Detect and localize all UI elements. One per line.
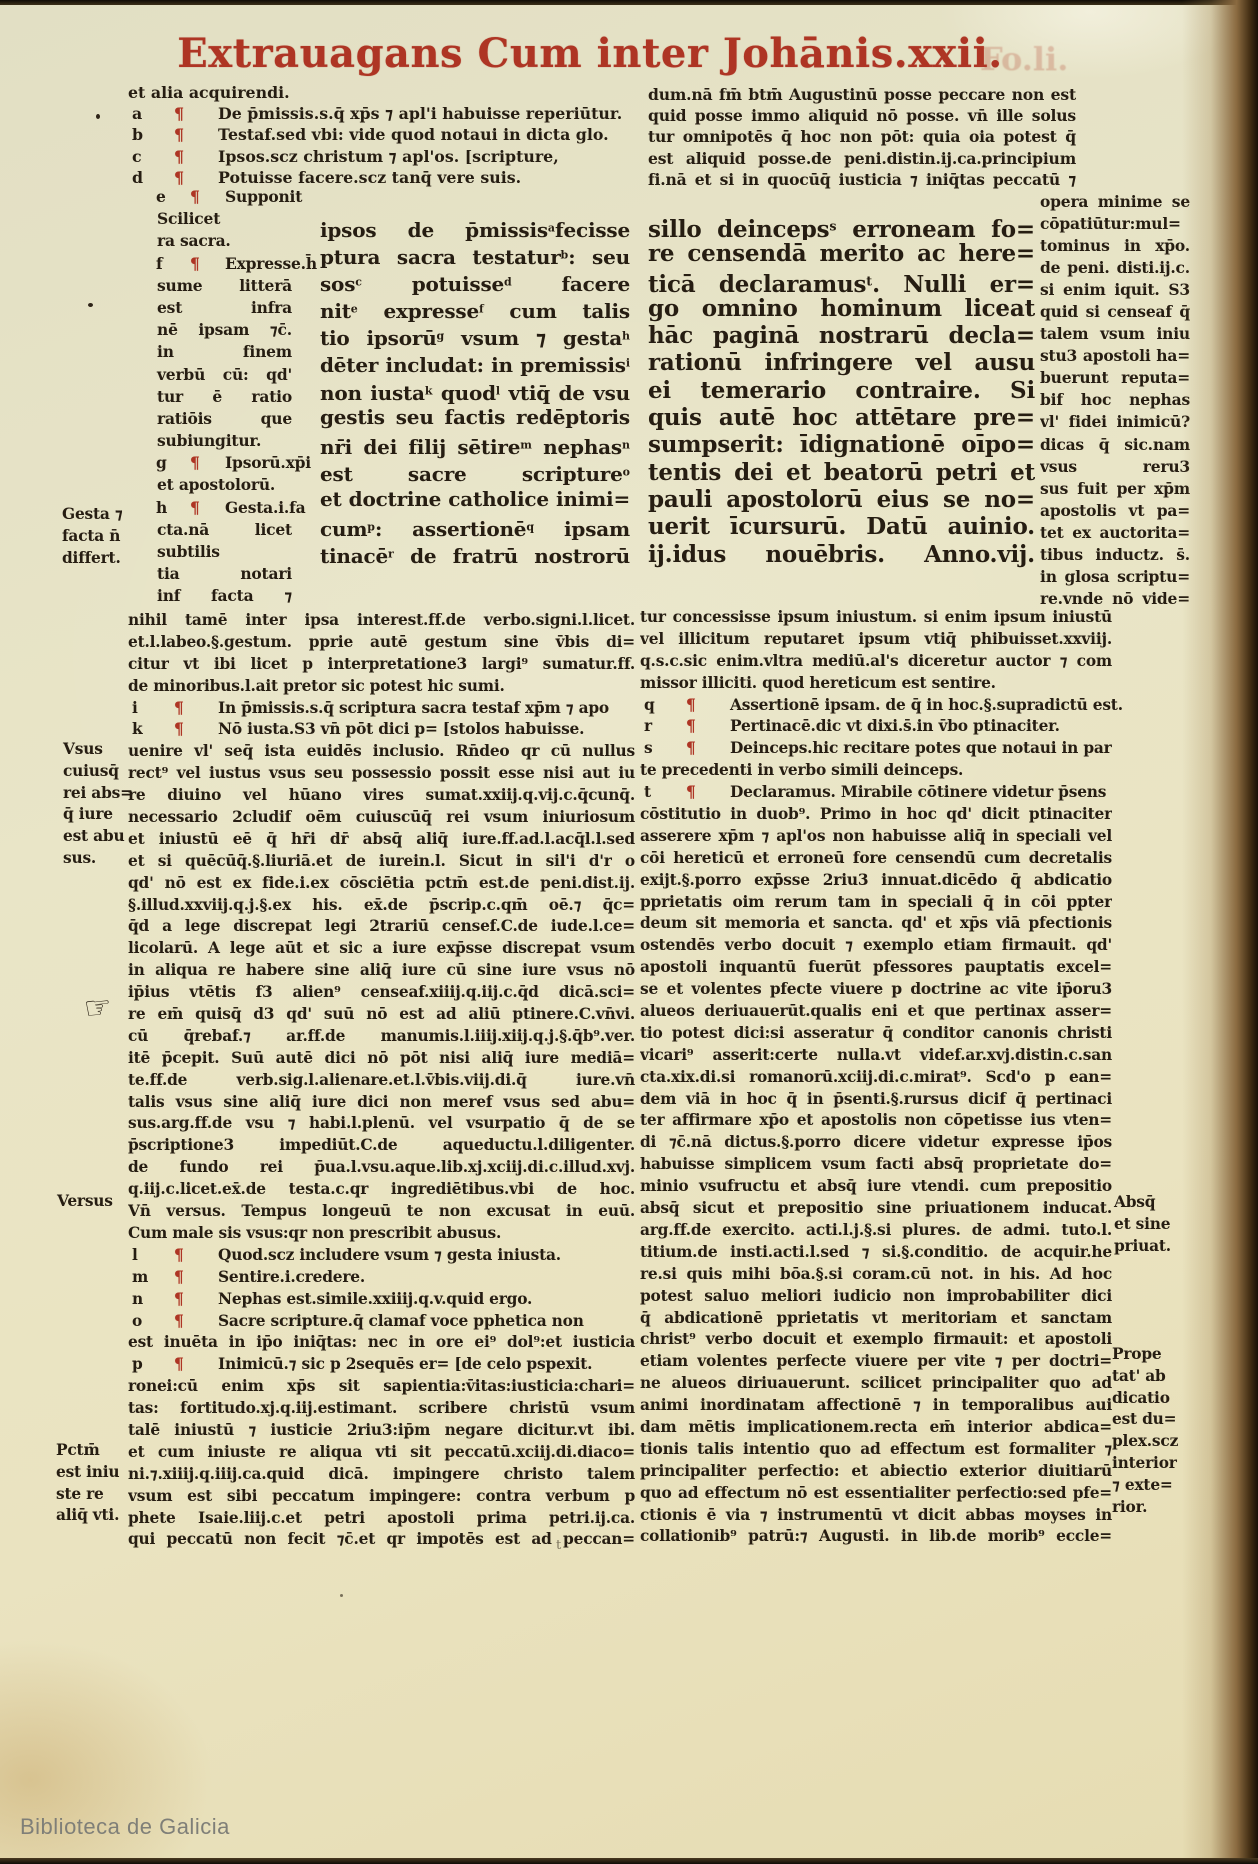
text-line: ra sacra. bbox=[140, 230, 292, 252]
text-line: tinacēr de fratrū nostrorū cō bbox=[320, 540, 630, 567]
text-line: Absq̄ bbox=[1114, 1192, 1171, 1214]
text-line: dēter includat: in premissisi bbox=[320, 350, 630, 377]
pilcrow-icon: ¶ bbox=[174, 1311, 218, 1333]
line-text: sillo deincepss erroneam fo= bbox=[648, 216, 1035, 240]
line-text: potest saluo meliori iudicio non improba… bbox=[640, 1287, 1112, 1305]
line-text: nr̄i dei filij sētirem nephasn bbox=[320, 435, 630, 459]
text-line: t¶Declaramus. Mirabile cōtinere videtur … bbox=[640, 782, 1112, 804]
line-text: p̄scriptione3 impediūt.C.de aqueductu.l.… bbox=[128, 1136, 635, 1154]
text-line: ptura sacra testaturb: seu ip= bbox=[320, 241, 630, 268]
text-line: est sacre scriptureo cōtrariū: bbox=[320, 459, 630, 486]
text-line: deum sit memoria et sancta. qd' et xp̄s … bbox=[640, 913, 1112, 935]
line-text: buerunt reputa= bbox=[1040, 368, 1190, 387]
line-text: sus. bbox=[63, 849, 96, 867]
line-text: citur vt ibi licet p interpretatione3 la… bbox=[128, 655, 635, 673]
line-text: bif hoc nephas bbox=[1040, 390, 1190, 409]
line-text: qd' nō est ex fide.i.ex cōsciētia pctm̄ … bbox=[128, 874, 635, 892]
pilcrow-icon: ¶ bbox=[174, 167, 218, 188]
ink-speck bbox=[88, 303, 93, 307]
pilcrow-icon: ¶ bbox=[190, 452, 225, 474]
text-line: tur omnipotēs q̄ hoc non pōt: quia oia p… bbox=[648, 126, 1076, 147]
text-line: go omnino hominum liceat bbox=[648, 295, 1035, 322]
line-text: cū q̄rebaf.⁊ ar.ff.de manumis.l.iiij.xii… bbox=[128, 1027, 635, 1045]
line-text: §.illud.xxviij.q.j.§.ex his. ex̄.de p̄sc… bbox=[128, 896, 635, 914]
text-line: est du= bbox=[1112, 1409, 1178, 1431]
line-text: te.ff.de verb.sig.l.alienare.et.l.v̄bis.… bbox=[128, 1071, 635, 1089]
text-line: aliq̄ vti. bbox=[56, 1505, 119, 1527]
line-text: vsum est sibi peccatum impingere: contra… bbox=[128, 1487, 635, 1505]
text-line: quo ad effectum nō est essentialiter per… bbox=[640, 1483, 1112, 1505]
line-text: re diuino vel hūano vires sumat.xxiij.q.… bbox=[128, 786, 635, 804]
line-text: quo ad effectum nō est essentialiter per… bbox=[640, 1484, 1112, 1502]
text-line: vsus reru3 cōces= bbox=[1040, 456, 1190, 478]
text-line: et si quēcūq̄.§.liuriā.et de iurein.l. S… bbox=[128, 851, 635, 873]
text-line: non iustak quodl vtiq̄ de vsu bbox=[320, 377, 630, 404]
line-text: christ⁹ verbo docuit et exemplo firmauit… bbox=[640, 1330, 1112, 1348]
left-gloss-column: e¶SupponitScilicet scriptu=ra sacra.f¶Ex… bbox=[140, 186, 292, 608]
text-line: est abu bbox=[63, 826, 133, 848]
line-text: sus.arg.ff.de vsu ⁊ habi.l.plenū. vel vs… bbox=[128, 1114, 635, 1132]
line-text: ste re bbox=[56, 1485, 104, 1503]
gloss-letter: n bbox=[128, 1289, 174, 1311]
line-text: opera minime se bbox=[1040, 192, 1190, 211]
line-text: est infra assertio bbox=[157, 298, 292, 319]
pilcrow-icon: ¶ bbox=[686, 782, 730, 804]
text-line: b¶Testaf.sed vbi: vide quod notaui in di… bbox=[128, 124, 620, 145]
text-line: s¶Deinceps.hic recitare potes que notaui… bbox=[640, 738, 1112, 760]
text-line: citur vt ibi licet p interpretatione3 la… bbox=[128, 654, 635, 676]
line-text: cōstitutio in duob⁹. Primo in hoc qd' di… bbox=[640, 805, 1112, 823]
line-text: Ipsorū.xp̄i bbox=[225, 453, 311, 472]
text-line: dam mētis implicationem.recta em̄ interi… bbox=[640, 1417, 1112, 1439]
line-text: q.s.c.sic enim.vltra mediū.al's diceretu… bbox=[640, 652, 1112, 670]
text-line: ratiōis que infra bbox=[140, 408, 292, 430]
line-text: te precedenti in verbo simili deinceps. bbox=[640, 761, 963, 779]
line-text: di ⁊c̄.nā dictus.§.porro dicere videtur … bbox=[640, 1133, 1112, 1151]
line-text: hāc paginā nostrarū decla= bbox=[648, 322, 1035, 349]
text-line: de peni. disti.ij.c. bbox=[1040, 257, 1190, 279]
pilcrow-icon: ¶ bbox=[174, 719, 218, 741]
line-text: Absq̄ bbox=[1114, 1193, 1155, 1211]
line-text: non iustak quodl vtiq̄ de vsu bbox=[320, 381, 630, 405]
line-text: subiungitur. bbox=[157, 431, 261, 450]
text-line: se et volentes pfecte viuere p doctrine … bbox=[640, 979, 1112, 1001]
text-line: habuisse simplicem vsum facti absq̄ prop… bbox=[640, 1154, 1112, 1176]
text-line: r¶Pertinacē.dic vt dixi.s̄.in v̄bo ptina… bbox=[640, 716, 1112, 738]
text-line: dicas q̄ sic.nam bbox=[1040, 434, 1190, 456]
line-text: asserere xp̄m ⁊ apl'os non habuisse aliq… bbox=[640, 827, 1112, 845]
text-line: buerunt reputa= bbox=[1040, 367, 1190, 389]
gloss-letter: e bbox=[140, 186, 190, 208]
main-text-right-column: sillo deincepss erroneam fo=re censendā … bbox=[648, 213, 1035, 568]
text-line: collationib⁹ patrū:⁊ Augusti. in lib.de … bbox=[640, 1526, 1112, 1548]
line-text: collationib⁹ patrū:⁊ Augusti. in lib.de … bbox=[640, 1527, 1112, 1545]
text-line: nihil tamē inter ipsa interest.ff.de ver… bbox=[128, 610, 635, 632]
line-text: Scilicet scriptu= bbox=[157, 209, 230, 230]
gloss-letter: h bbox=[140, 497, 190, 519]
commentary-right-column: tur concessisse ipsum iniustum. si enim … bbox=[640, 607, 1112, 1548]
line-text: Vn̄ versus. Tempus longeuū te non excusa… bbox=[128, 1202, 635, 1220]
pilcrow-icon: ¶ bbox=[174, 1245, 218, 1267]
gloss-letter: s bbox=[640, 738, 686, 760]
text-line: ostendēs verbo docuit ⁊ exemplo etiam fi… bbox=[640, 935, 1112, 957]
line-text: apostolis vt pa= bbox=[1040, 501, 1190, 520]
text-line: exijt.§.porro exp̄sse 2riu3 innuat.dicēd… bbox=[640, 870, 1112, 892]
line-text: principaliter perfectio: et abiectio ext… bbox=[640, 1462, 1112, 1480]
line-text: sumpserit: īdignationē oīpo= bbox=[648, 431, 1035, 458]
line-text: uerit īcursurū. Datū auinio. bbox=[648, 513, 1035, 540]
line-text: rior. bbox=[1112, 1498, 1147, 1516]
line-text: rei abs= bbox=[63, 784, 133, 802]
text-line: rior. bbox=[1112, 1497, 1178, 1519]
line-text: est du= bbox=[1112, 1410, 1176, 1428]
pilcrow-icon: ¶ bbox=[190, 497, 225, 519]
text-line: itē p̄cepit. Suū autē dici nō pōt nisi a… bbox=[128, 1048, 635, 1070]
line-text: phete Isaie.liij.c.et petri apostoli pri… bbox=[128, 1509, 635, 1527]
text-line: subiungitur. bbox=[140, 430, 292, 452]
text-line: opera minime se bbox=[1040, 191, 1190, 213]
line-text: Pertinacē.dic vt dixi.s̄.in v̄bo ptinaci… bbox=[730, 717, 1060, 735]
text-line: te.ff.de verb.sig.l.alienare.et.l.v̄bis.… bbox=[128, 1070, 635, 1092]
text-line: cta.nā licet q̄da3 bbox=[140, 519, 292, 541]
line-text: tat' ab bbox=[1112, 1367, 1166, 1385]
line-text: et apostolorū. bbox=[157, 475, 275, 494]
line-text: plex.scz bbox=[1112, 1432, 1178, 1450]
gloss-letter: m bbox=[128, 1267, 174, 1289]
pilcrow-icon: ¶ bbox=[174, 1354, 218, 1376]
gloss-letter: r bbox=[640, 716, 686, 738]
text-line: et sine bbox=[1114, 1214, 1171, 1236]
line-text: Supponit bbox=[225, 187, 302, 206]
pilcrow-icon: ¶ bbox=[174, 124, 218, 145]
text-line: tas: fortitudo.xj.q.iij.estimant. scribe… bbox=[128, 1398, 635, 1420]
line-text: alueos deriuauerūt.qualis eni et que per… bbox=[640, 1002, 1112, 1020]
line-text: dēter includat: in premissisi bbox=[320, 353, 630, 377]
pilcrow-icon: ¶ bbox=[174, 103, 218, 124]
line-text: Gesta.i.fa bbox=[225, 498, 305, 517]
text-line: apostoli inquantū fuerūt pfessores paupt… bbox=[640, 957, 1112, 979]
line-text: ter affirmare xp̄o et apostolis non cōpe… bbox=[640, 1111, 1112, 1129]
text-line: principaliter perfectio: et abiectio ext… bbox=[640, 1461, 1112, 1483]
margin-note-absque: Absq̄et sinepriuat. bbox=[1114, 1192, 1171, 1257]
text-line: cta.xix.di.si romanorū.xciij.di.c.mirat⁹… bbox=[640, 1067, 1112, 1089]
text-line: Cum male sis vsus:qr non prescribit abus… bbox=[128, 1223, 635, 1245]
line-text: quis autē hoc attētare pre= bbox=[648, 404, 1035, 431]
text-line: p¶Inimicū.⁊ sic p 2sequēs er= [de celo p… bbox=[128, 1354, 635, 1376]
ink-speck bbox=[96, 114, 100, 119]
text-line: asserere xp̄m ⁊ apl'os non habuisse aliq… bbox=[640, 826, 1112, 848]
line-text: q̄ abdicationē pprietatis vt meritoriam … bbox=[640, 1309, 1112, 1327]
line-text: Vsus bbox=[63, 740, 103, 758]
text-line: tentis dei et beatorū petri et bbox=[648, 459, 1035, 486]
text-line: quis autē hoc attētare pre= bbox=[648, 404, 1035, 431]
text-line: vicari⁹ asserit:certe nulla.vt videf.ar.… bbox=[640, 1045, 1112, 1067]
text-line: q̄ iure bbox=[63, 804, 133, 826]
text-line: ei temerario contraire. Si bbox=[648, 377, 1035, 404]
line-text: ipsos de p̄missisafecisse scri= bbox=[320, 218, 630, 242]
text-line: bif hoc nephas bbox=[1040, 389, 1190, 411]
line-text: nihil tamē inter ipsa interest.ff.de ver… bbox=[128, 611, 635, 629]
text-line: h¶Gesta.i.fa bbox=[140, 497, 292, 519]
line-text: et iniustū eē q̄ hr̄i dr̄ absq̄ aliq̄ iu… bbox=[128, 830, 635, 848]
text-line: rect⁹ vel iustus vsus seu possessio poss… bbox=[128, 763, 635, 785]
text-line: et iniustū eē q̄ hr̄i dr̄ absq̄ aliq̄ iu… bbox=[128, 829, 635, 851]
folio-ghost: Fo.li. bbox=[980, 40, 1068, 78]
text-line: cōpatiūtur:mul= bbox=[1040, 213, 1190, 235]
line-text: ne alueos diriuauerunt. scilicet princip… bbox=[640, 1374, 1112, 1392]
line-text: ronei:cū enim xp̄s sit sapientia:v̄itas:… bbox=[128, 1377, 635, 1395]
line-text: Deinceps.hic recitare potes que notaui i… bbox=[730, 739, 1112, 757]
line-text: Inimicū.⁊ sic p 2sequēs er= [de celo psp… bbox=[218, 1355, 592, 1373]
line-text: inf facta ⁊ gesta. bbox=[157, 586, 292, 607]
text-line: dum.nā fm̄ btm̄ Augustinū posse peccare … bbox=[648, 84, 1076, 105]
text-line: q̄ abdicationē pprietatis vt meritoriam … bbox=[640, 1308, 1112, 1330]
text-line: cū q̄rebaf.⁊ ar.ff.de manumis.l.iiij.xii… bbox=[128, 1026, 635, 1048]
line-text: quid posse immo aliquid nō posse. vn̄ il… bbox=[648, 106, 1076, 126]
text-line: Prope bbox=[1112, 1344, 1178, 1366]
ink-speck bbox=[340, 1594, 343, 1597]
text-line: sillo deincepss erroneam fo= bbox=[648, 213, 1035, 240]
text-line: in aliqua re habere sine aliq̄ iure cū s… bbox=[128, 960, 635, 982]
text-line: hāc paginā nostrarū decla= bbox=[648, 322, 1035, 349]
line-text: Declaramus. Mirabile cōtinere videtur p̄… bbox=[730, 783, 1106, 801]
text-line: k¶Nō iusta.S3 vn̄ pōt dici p= [stolos ha… bbox=[128, 719, 635, 741]
line-text: est abu bbox=[63, 827, 124, 845]
line-text: tentis dei et beatorū petri et bbox=[648, 459, 1035, 486]
pilcrow-icon: ¶ bbox=[174, 698, 218, 720]
line-text: sus fuit per xp̄m bbox=[1040, 479, 1190, 498]
text-line: c¶Ipsos.scz christum ⁊ apl'os. [scriptur… bbox=[128, 146, 620, 167]
line-text: gestis seu factis redēptoris bbox=[320, 405, 630, 429]
line-text: est iniu bbox=[56, 1463, 119, 1481]
line-text: Nephas est.simile.xxiiij.q.v.quid ergo. bbox=[218, 1290, 532, 1308]
text-line: ronei:cū enim xp̄s sit sapientia:v̄itas:… bbox=[128, 1376, 635, 1398]
line-text: in glosa scriptu= bbox=[1040, 567, 1190, 586]
line-text: tominus in xp̄o. bbox=[1040, 236, 1190, 255]
text-line: re censendā merito ac here= bbox=[648, 240, 1035, 267]
line-text: est sacre scriptureo cōtrariū: bbox=[320, 462, 630, 486]
text-line: Pctm̄ bbox=[56, 1440, 119, 1462]
line-text: Ipsos.scz christum ⁊ apl'os. [scripture, bbox=[218, 147, 559, 166]
line-text: et cum iniuste re aliqua vti sit peccatū… bbox=[128, 1443, 635, 1461]
pilcrow-icon: ¶ bbox=[686, 695, 730, 717]
text-line: minio vsufructu et absq̄ iure vtendi. cu… bbox=[640, 1176, 1112, 1198]
text-line: Vn̄ versus. Tempus longeuū te non excusa… bbox=[128, 1201, 635, 1223]
line-text: talis vsus sine aliq̄ iure dici non mere… bbox=[128, 1093, 635, 1111]
text-line: ne alueos diriuauerunt. scilicet princip… bbox=[640, 1373, 1112, 1395]
text-line: nite expressef cum talis asser= bbox=[320, 296, 630, 323]
text-line: a¶De p̄missis.s.q̄ xp̄s ⁊ apl'i habuisse… bbox=[128, 103, 620, 124]
line-text: tur concessisse ipsum iniustum. si enim … bbox=[640, 608, 1112, 626]
line-text: ratiōis que infra bbox=[157, 409, 292, 430]
line-text: go omnino hominum liceat bbox=[648, 295, 1035, 322]
line-text: fi.nā et si in quocūq̄ iusticia ⁊ iniq̄t… bbox=[648, 170, 1076, 190]
text-line: te precedenti in verbo simili deinceps. bbox=[640, 760, 1112, 782]
text-line: tio potest dici:si asseratur q̄ conditor… bbox=[640, 1023, 1112, 1045]
text-line: sosc potuissed facere suppo= bbox=[320, 268, 630, 295]
line-text: talem vsum iniu bbox=[1040, 324, 1190, 343]
text-line: Gesta ⁊ bbox=[62, 504, 123, 526]
line-text: sosc potuissed facere suppo= bbox=[320, 272, 630, 296]
line-text: cuiusq̄ bbox=[63, 762, 119, 780]
line-text: Sentire.i.credere. bbox=[218, 1268, 365, 1286]
line-text: vel illicitum reputaret ipsum vtiq̄ phib… bbox=[640, 630, 1112, 648]
top-right-text-block: dum.nā fm̄ btm̄ Augustinū posse peccare … bbox=[648, 84, 1076, 190]
line-text: ⁊ exte= bbox=[1112, 1476, 1173, 1494]
line-text: rationū infringere vel ausu bbox=[648, 349, 1035, 376]
text-line: qd' nō est ex fide.i.ex cōsciētia pctm̄ … bbox=[128, 873, 635, 895]
gloss-letter: o bbox=[128, 1311, 174, 1333]
line-text: Assertionē ipsam. de q̄ in hoc.§.supradi… bbox=[730, 696, 1123, 714]
pilcrow-icon: ¶ bbox=[190, 253, 225, 275]
line-text: q̄ iure bbox=[63, 805, 113, 823]
text-line: f¶Expresse.h̄ bbox=[140, 253, 292, 275]
line-text: itē p̄cepit. Suū autē dici nō pōt nisi a… bbox=[128, 1049, 635, 1067]
line-text: verbū cū: qd' seq̄= bbox=[157, 365, 292, 386]
text-line: sus fuit per xp̄m bbox=[1040, 478, 1190, 500]
line-text: priuat. bbox=[1114, 1237, 1171, 1255]
right-gloss-column: opera minime secōpatiūtur:mul=tominus in… bbox=[1040, 191, 1190, 610]
text-line: Versus bbox=[57, 1191, 113, 1213]
text-line: n¶Nephas est.simile.xxiiij.q.v.quid ergo… bbox=[128, 1289, 635, 1311]
text-line: arg.ff.de exercito. acti.l.j.§.si plures… bbox=[640, 1220, 1112, 1242]
text-line: cōi hereticū et erroneū fore censendū cu… bbox=[640, 848, 1112, 870]
text-line: alueos deriuauerūt.qualis eni et que per… bbox=[640, 1001, 1112, 1023]
line-text: cōpatiūtur:mul= bbox=[1040, 214, 1181, 233]
text-line: stu3 apostoli ha= bbox=[1040, 345, 1190, 367]
line-text: ctionis ē via ⁊ instrumentū vt dicit abb… bbox=[640, 1506, 1112, 1524]
line-text: ip̄ius vtētis f3 alien⁹ censeaf.xiiij.q.… bbox=[128, 983, 635, 1001]
line-text: minio vsufructu et absq̄ iure vtendi. cu… bbox=[640, 1177, 1112, 1195]
line-text: interior bbox=[1112, 1454, 1177, 1472]
line-text: exijt.§.porro exp̄sse 2riu3 innuat.dicēd… bbox=[640, 871, 1112, 889]
line-text: est aliquid posse.de peni.distin.ij.ca.p… bbox=[648, 149, 1076, 169]
line-text: aliq̄ vti. bbox=[56, 1506, 119, 1524]
text-line: ip̄ius vtētis f3 alien⁹ censeaf.xiiij.q.… bbox=[128, 982, 635, 1004]
line-text: habuisse simplicem vsum facti absq̄ prop… bbox=[640, 1155, 1112, 1173]
scan-edge-right bbox=[1182, 0, 1258, 1864]
text-line: dicatio bbox=[1112, 1388, 1178, 1410]
line-text: tur ē ratio decla bbox=[157, 387, 292, 408]
text-line: q.iij.c.licet.ex̄.de testa.c.qr ingrediē… bbox=[128, 1179, 635, 1201]
text-line: est aliquid posse.de peni.distin.ij.ca.p… bbox=[648, 148, 1076, 169]
text-line: rei abs= bbox=[63, 783, 133, 805]
line-text: et alia acquirendi. bbox=[128, 83, 290, 102]
line-text: vsus reru3 cōces= bbox=[1040, 457, 1190, 478]
text-line: §.illud.xxviij.q.j.§.ex his. ex̄.de p̄sc… bbox=[128, 895, 635, 917]
gloss-letter: b bbox=[128, 124, 174, 145]
line-text: Pctm̄ bbox=[56, 1441, 100, 1459]
line-text: ptura sacra testaturb: seu ip= bbox=[320, 245, 630, 269]
line-text: ij.idus nouēbris. Anno.vij. bbox=[648, 541, 1035, 568]
line-text: dam mētis implicationem.recta em̄ interi… bbox=[640, 1418, 1112, 1436]
text-line: licolarū. A lege aūt et sic a iure exp̄s… bbox=[128, 938, 635, 960]
text-line: vel illicitum reputaret ipsum vtiq̄ phib… bbox=[640, 629, 1112, 651]
line-text: re.vnde nō vide= bbox=[1040, 589, 1190, 608]
line-text: tio potest dici:si asseratur q̄ conditor… bbox=[640, 1024, 1112, 1042]
text-line: titium.de insti.acti.l.sed ⁊ si.§.condit… bbox=[640, 1242, 1112, 1264]
text-line: potest saluo meliori iudicio non improba… bbox=[640, 1286, 1112, 1308]
gloss-letter: l bbox=[128, 1245, 174, 1267]
scan-edge-bottom bbox=[0, 1858, 1258, 1864]
pilcrow-icon: ¶ bbox=[174, 1289, 218, 1311]
text-line: cump: assertionēq ipsam per= bbox=[320, 513, 630, 540]
line-text: licolarū. A lege aūt et sic a iure exp̄s… bbox=[128, 939, 635, 957]
text-line: et apostolorū. bbox=[140, 474, 292, 496]
line-text: quid si censeaf q̄ bbox=[1040, 302, 1190, 321]
line-text: re em̄ quisq̄ d3 qd' suū nō est ad aliū … bbox=[128, 1005, 635, 1023]
line-text: est inuēta in ip̄o iniq̄tas: nec in ore … bbox=[128, 1333, 635, 1351]
text-line: et doctrine catholice inimi= bbox=[320, 486, 630, 513]
text-line: Vsus bbox=[63, 739, 133, 761]
line-text: tio ipsorūg vsum ⁊ gestah eui= bbox=[320, 326, 630, 350]
text-line: uerit īcursurū. Datū auinio. bbox=[648, 513, 1035, 540]
line-text: tet ex auctorita= bbox=[1040, 523, 1190, 542]
text-line: et alia acquirendi. bbox=[128, 82, 620, 103]
top-left-gloss-block: et alia acquirendi.a¶De p̄missis.s.q̄ xp… bbox=[128, 82, 620, 188]
text-line: ⁊ exte= bbox=[1112, 1475, 1178, 1497]
line-text: tibus inductz. s̄. bbox=[1040, 545, 1190, 564]
margin-note-versus: Versus bbox=[57, 1191, 113, 1213]
pilcrow-icon: ¶ bbox=[190, 186, 225, 208]
text-line: rationū infringere vel ausu bbox=[648, 349, 1035, 376]
text-line: q¶Assertionē ipsam. de q̄ in hoc.§.supra… bbox=[640, 695, 1112, 717]
line-text: dicas q̄ sic.nam bbox=[1040, 435, 1190, 454]
text-line: tio ipsorūg vsum ⁊ gestah eui= bbox=[320, 323, 630, 350]
line-text: stu3 apostoli ha= bbox=[1040, 346, 1190, 365]
line-text: missor illiciti. quod hereticum est sent… bbox=[640, 674, 996, 692]
line-text: si enim iquit. S3 bbox=[1040, 280, 1190, 299]
text-line: o¶Sacre scripture.q̄ clamaf voce pphetic… bbox=[128, 1311, 635, 1333]
text-line: sus.arg.ff.de vsu ⁊ habi.l.plenū. vel vs… bbox=[128, 1113, 635, 1135]
line-text: cta.xix.di.si romanorū.xciij.di.c.mirat⁹… bbox=[640, 1068, 1112, 1086]
text-line: subtilis differen= bbox=[140, 541, 292, 563]
text-line: et.l.labeo.§.gestum. pprie autē gestum s… bbox=[128, 632, 635, 654]
text-line: plex.scz bbox=[1112, 1431, 1178, 1453]
line-text: et sine bbox=[1114, 1215, 1170, 1233]
manicule-icon: ☞ bbox=[82, 989, 113, 1028]
commentary-left-column: nihil tamē inter ipsa interest.ff.de ver… bbox=[128, 610, 635, 1551]
line-text: tinacēr de fratrū nostrorū cō bbox=[320, 544, 630, 568]
gloss-letter: p bbox=[128, 1354, 174, 1376]
margin-note-prope: Propetat' abdicatioest du=plex.sczinteri… bbox=[1112, 1344, 1178, 1518]
line-text: q̄d a lege discrepat legi 2trariū censef… bbox=[128, 917, 635, 935]
line-text: Cum male sis vsus:qr non prescribit abus… bbox=[128, 1224, 501, 1242]
text-line: re.si quis mihi bōa.§.si coram.cū not. i… bbox=[640, 1264, 1112, 1286]
line-text: Testaf.sed vbi: vide quod notaui in dict… bbox=[218, 125, 609, 144]
line-text: dem viā in hoc q̄ in p̄senti.§.rursus di… bbox=[640, 1090, 1112, 1108]
text-line: in glosa scriptu= bbox=[1040, 566, 1190, 588]
line-text: facta n̄ bbox=[62, 527, 120, 545]
text-line: talis vsus sine aliq̄ iure dici non mere… bbox=[128, 1092, 635, 1114]
text-line: tominus in xp̄o. bbox=[1040, 235, 1190, 257]
gloss-letter: f bbox=[140, 253, 190, 275]
line-text: et.l.labeo.§.gestum. pprie autē gestum s… bbox=[128, 633, 635, 651]
text-line: phete Isaie.liij.c.et petri apostoli pri… bbox=[128, 1508, 635, 1530]
text-line: l¶Quod.scz includere vsum ⁊ gesta iniust… bbox=[128, 1245, 635, 1267]
text-line: in finem decre.et bbox=[140, 341, 292, 363]
text-line: quid si censeaf q̄ bbox=[1040, 301, 1190, 323]
page-title: Extrauagans Cum inter Johānis.xxii. bbox=[170, 30, 1010, 77]
ink-mark: t bbox=[556, 1538, 561, 1553]
text-line: ij.idus nouēbris. Anno.vij. bbox=[648, 541, 1035, 568]
text-line: tionis talis intentio quo ad effectum es… bbox=[640, 1439, 1112, 1461]
gloss-letter: t bbox=[640, 782, 686, 804]
text-line: priuat. bbox=[1114, 1236, 1171, 1258]
line-text: tur omnipotēs q̄ hoc non pōt: quia oia p… bbox=[648, 127, 1076, 147]
line-text: ra sacra. bbox=[157, 231, 231, 250]
text-line: i¶In p̄missis.s.q̄ scriptura sacra testa… bbox=[128, 698, 635, 720]
